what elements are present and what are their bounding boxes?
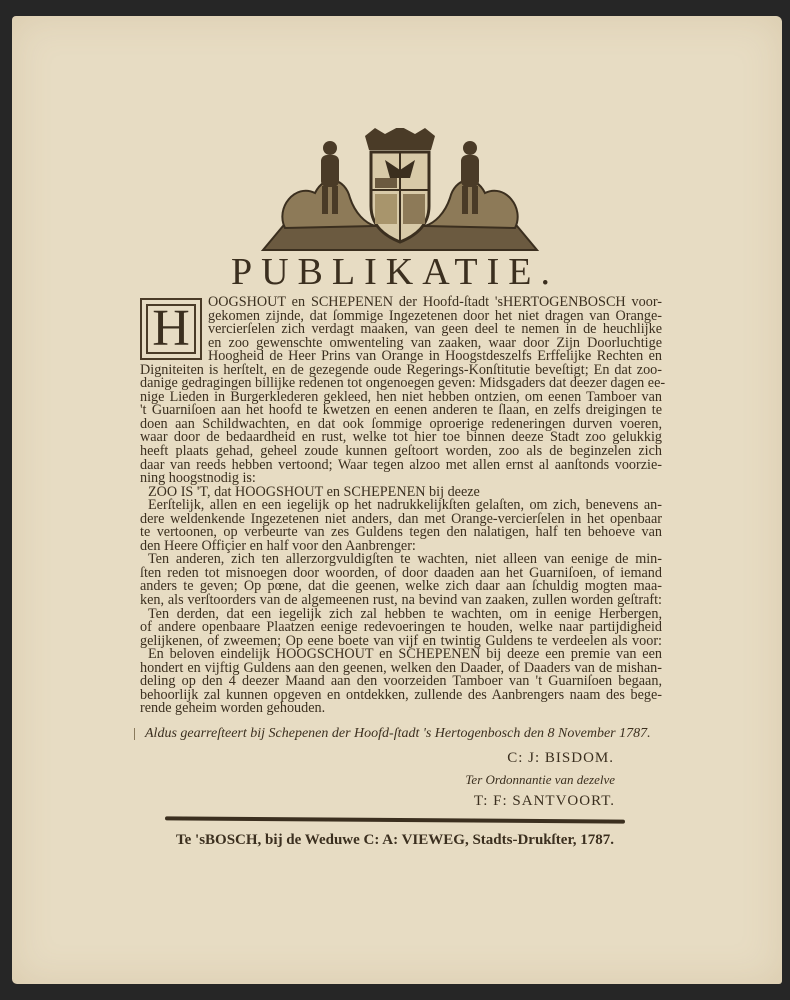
closing-statement: Aldus gearreſteert bij Schepenen der Hoo… <box>145 726 651 742</box>
page-title: PUBLIKATIE. <box>0 250 790 294</box>
decorated-initial: H <box>140 298 202 360</box>
printer-imprint: Te 'sBOSCH, bij de Weduwe C: A: VIEWEG, … <box>0 832 790 849</box>
by-order-line: Ter Ordonnantie van dezelve <box>465 772 615 788</box>
proclamation-body: H OOGSHOUT en SCHEPENEN der Hoofd-ſtadt … <box>140 296 662 716</box>
margin-mark <box>134 728 135 740</box>
signature-bisdom: C: J: BISDOM. <box>507 750 614 767</box>
coat-of-arms-icon <box>255 128 545 254</box>
text-line: rende geheim worden gehouden. <box>140 702 662 716</box>
signature-santvoort: T: F: SANTVOORT. <box>474 793 615 810</box>
